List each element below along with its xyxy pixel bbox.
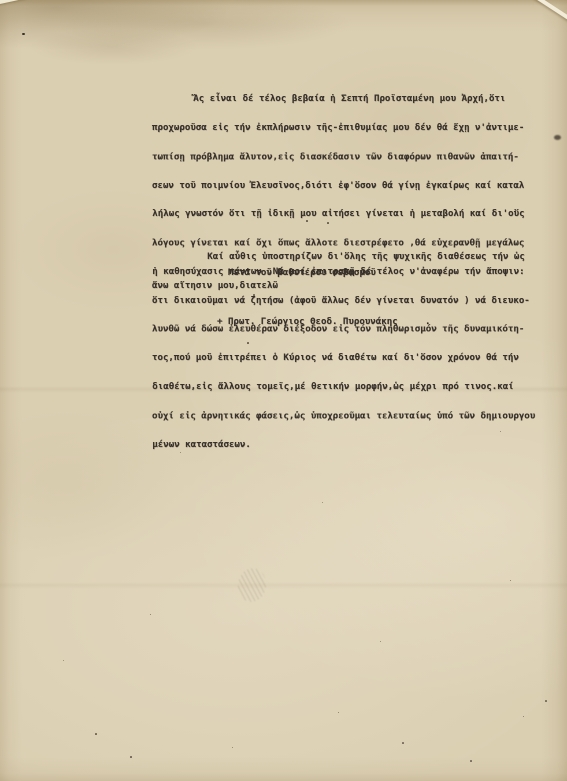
signature-stray-dot: . xyxy=(425,318,430,328)
ink-speck xyxy=(130,756,132,758)
typed-line: διαθέτω,εἰς ἄλλους τομεῖς,μέ θετικήν μορ… xyxy=(152,383,535,393)
typed-line: Ἄς εἶναι δέ τέλος βεβαία ἡ Σεπτή Προϊστα… xyxy=(152,95,535,105)
ink-speck xyxy=(95,733,97,735)
ink-speck xyxy=(327,222,329,224)
typed-line: ἄνω αἴτησιν μου,διατελῶ xyxy=(152,282,525,292)
typed-line: προχωροῦσα εἰς τήν ἐκπλήρωσιν τῆς-ἐπιθυμ… xyxy=(152,124,535,134)
edge-ink-blob xyxy=(554,135,561,140)
typed-line: Καί αὖθις ὑποστηρίζων δι'ὅλης τῆς ψυχικῆ… xyxy=(152,253,525,263)
ink-speck xyxy=(470,760,472,762)
ink-speck xyxy=(253,294,255,296)
valediction: Μετά τοῦ βαθυτέρου σεβασμοῦ xyxy=(228,269,376,279)
typed-line: τωπίσῃ πρόβλημα ἄλυτον,εἰς διασκέδασιν τ… xyxy=(152,153,535,163)
signature-line: + Πρωτ. Γεώργιος Θεοδ. Πυρουνάκης xyxy=(217,318,398,328)
ink-speck xyxy=(545,700,547,702)
scanned-letter-page: Ἄς εἶναι δέ τέλος βεβαία ἡ Σεπτή Προϊστα… xyxy=(0,0,567,781)
typed-line: μένων καταστάσεων. xyxy=(152,441,535,451)
ink-speck xyxy=(402,742,404,744)
ink-speck xyxy=(306,220,308,222)
typed-line: λήλως γνωστόν ὅτι τῇ ἰδικῇ μου αἰτήσει γ… xyxy=(152,210,535,220)
typed-line: οὐχί εἰς ἀρνητικάς φάσεις,ὡς ὑποχρεοῦμαι… xyxy=(152,412,535,422)
typed-line: σεων τοῦ ποιμνίου Ἐλευσῖνος,διότι ἐφ'ὅσο… xyxy=(152,182,535,192)
ink-speck xyxy=(247,342,249,344)
typed-line: τος,πού μοῦ ἐπιτρέπει ὁ Κύριος νά διαθέτ… xyxy=(152,354,535,364)
